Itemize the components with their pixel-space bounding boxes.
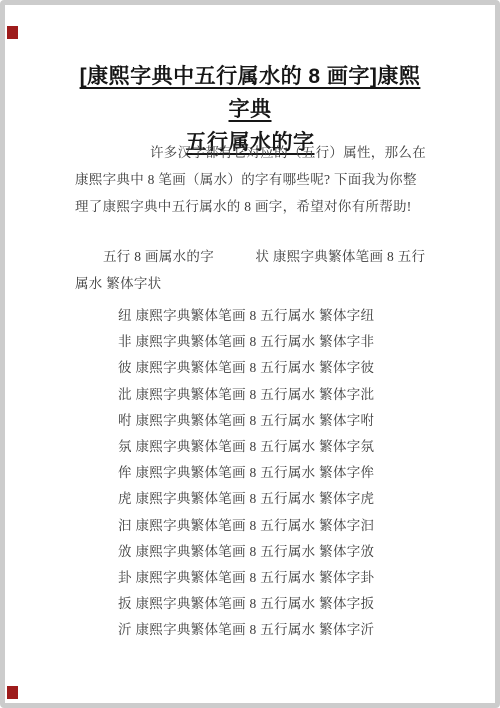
character-list: 纽 康熙字典繁体笔画 8 五行属水 繁体字纽 非 康熙字典繁体笔画 8 五行属水…: [75, 303, 425, 644]
intro-line: 康熙字典中 8 笔画（属水）的字有哪些呢? 下面我为你整: [75, 166, 425, 193]
list-row: 扳 康熙字典繁体笔画 8 五行属水 繁体字扳: [75, 591, 425, 617]
list-row: 沘 康熙字典繁体笔画 8 五行属水 繁体字沘: [75, 382, 425, 408]
list-row: 彼 康熙字典繁体笔画 8 五行属水 繁体字彼: [75, 355, 425, 381]
intro-line: 理了康熙字典中五行属水的 8 画字，希望对你有所帮助!: [75, 193, 425, 220]
list-row: 纽 康熙字典繁体笔画 8 五行属水 繁体字纽: [75, 303, 425, 329]
subheading-line: 五行 8 画属水的字 状 康熙字典繁体笔画 8 五行: [75, 243, 425, 270]
intro-line: 许多汉字都有它对应的（五行）属性，那么在: [75, 139, 425, 166]
subheading-line: 属水 繁体字状: [75, 270, 425, 297]
intro-paragraph: 许多汉字都有它对应的（五行）属性，那么在 康熙字典中 8 笔画（属水）的字有哪些…: [75, 139, 425, 220]
red-square-marker-top: [7, 26, 18, 39]
list-row: 虎 康熙字典繁体笔画 8 五行属水 繁体字虎: [75, 486, 425, 512]
list-row: 攽 康熙字典繁体笔画 8 五行属水 繁体字攽: [75, 539, 425, 565]
list-row: 卦 康熙字典繁体笔画 8 五行属水 繁体字卦: [75, 565, 425, 591]
list-row: 氛 康熙字典繁体笔画 8 五行属水 繁体字氛: [75, 434, 425, 460]
list-row: 侔 康熙字典繁体笔画 8 五行属水 繁体字侔: [75, 460, 425, 486]
list-row: 沂 康熙字典繁体笔画 8 五行属水 繁体字沂: [75, 617, 425, 643]
red-square-marker-bottom: [7, 686, 18, 699]
page-title-line-1: [康熙字典中五行属水的 8 画字]康熙字典: [70, 60, 430, 126]
list-row: 汩 康熙字典繁体笔画 8 五行属水 繁体字汩: [75, 513, 425, 539]
subheading-paragraph: 五行 8 画属水的字 状 康熙字典繁体笔画 8 五行 属水 繁体字状: [75, 243, 425, 297]
list-row: 咐 康熙字典繁体笔画 8 五行属水 繁体字咐: [75, 408, 425, 434]
document-page: [康熙字典中五行属水的 8 画字]康熙字典 五行属水的字 许多汉字都有它对应的（…: [0, 0, 500, 708]
list-row: 非 康熙字典繁体笔画 8 五行属水 繁体字非: [75, 329, 425, 355]
